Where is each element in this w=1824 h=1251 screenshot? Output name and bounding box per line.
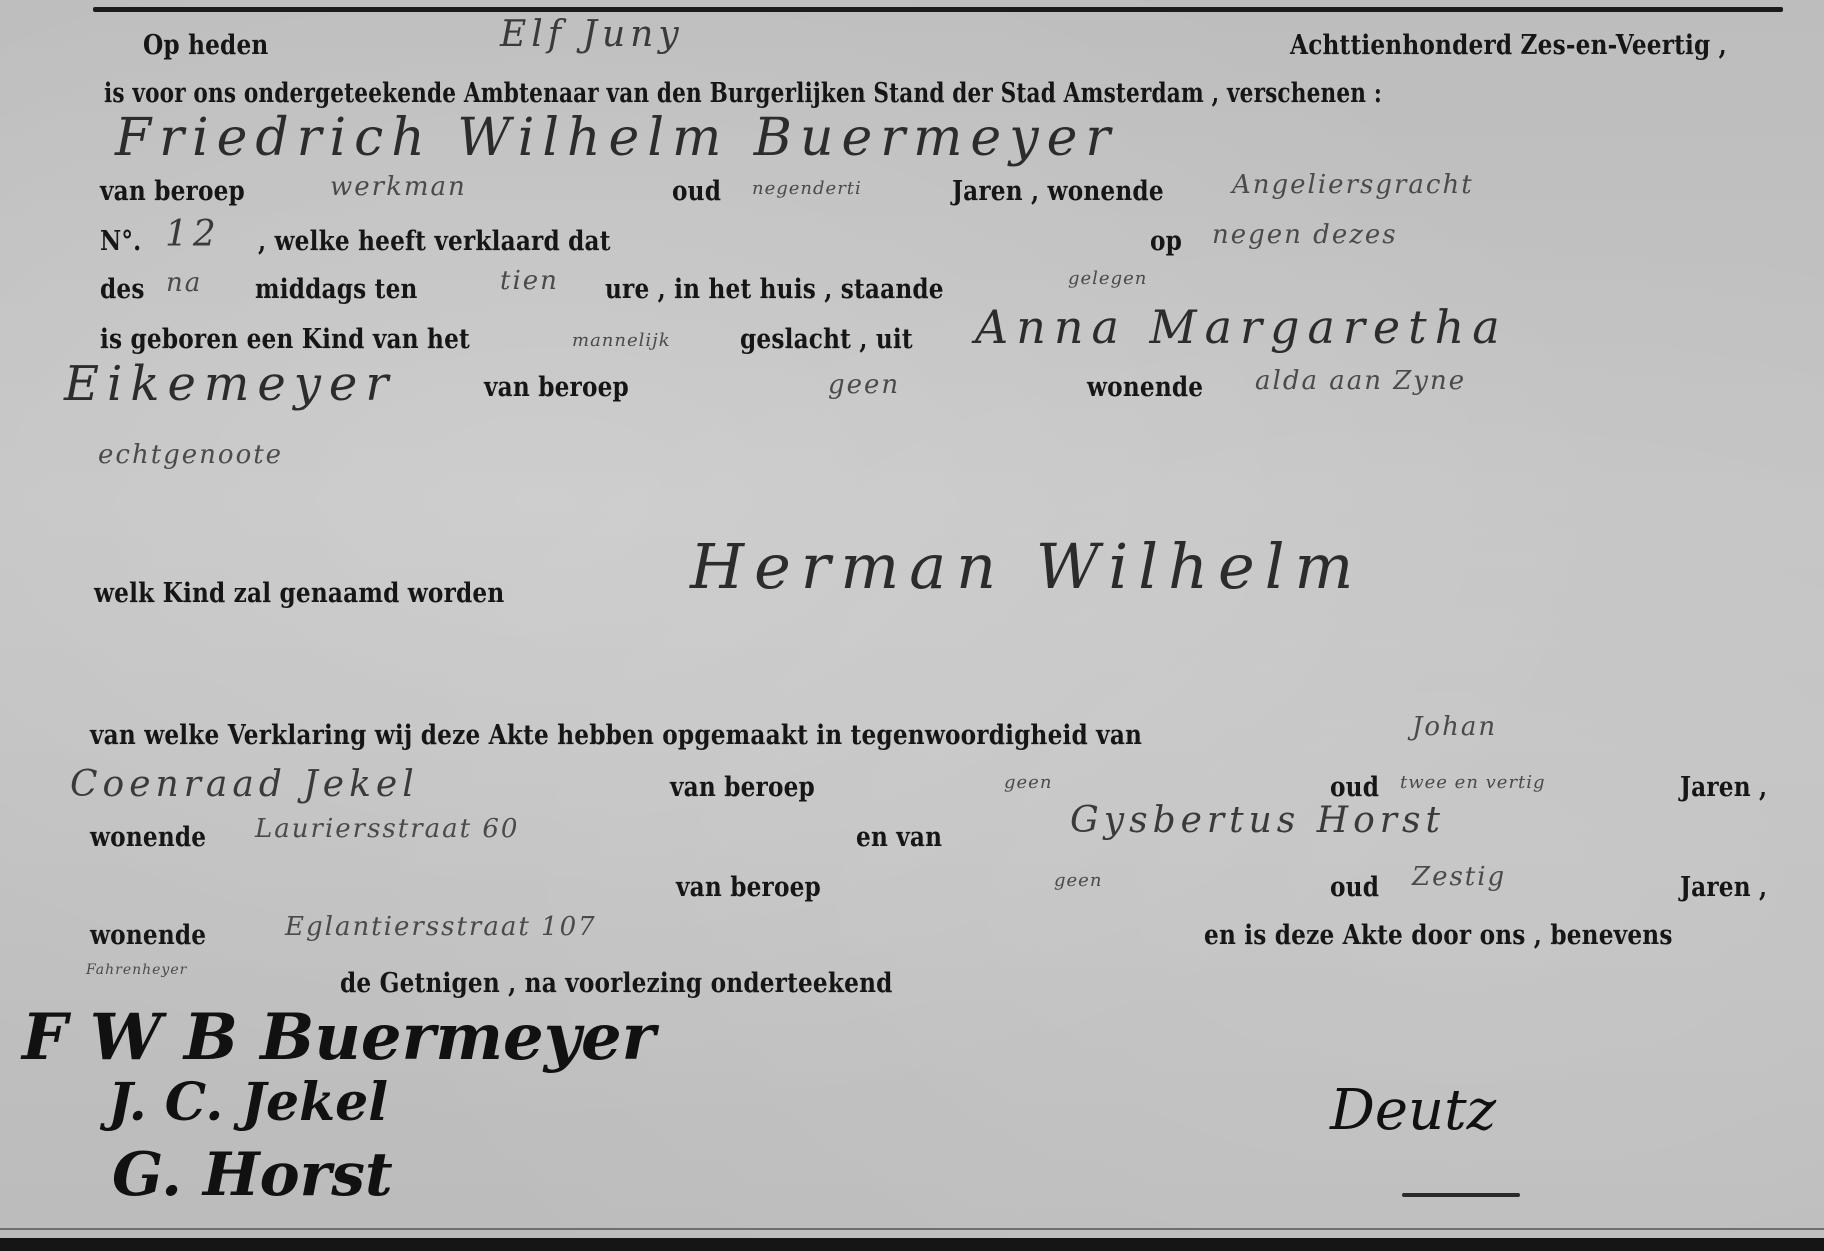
- printed-oud-w1: oud: [1330, 772, 1379, 803]
- handwritten-father-age: negenderti: [752, 178, 862, 199]
- printed-oud: oud: [672, 176, 721, 207]
- handwritten-mother-residence-cont: echtgenoote: [98, 440, 283, 470]
- printed-jaren-w2: Jaren ,: [1680, 872, 1767, 903]
- handwritten-sex: mannelijk: [572, 330, 671, 351]
- signature-official: Deutz: [1330, 1078, 1496, 1143]
- printed-middags-ten: middags ten: [255, 274, 418, 305]
- handwritten-witness1-occupation: geen: [1004, 772, 1052, 793]
- handwritten-child-name: Herman Wilhelm: [690, 530, 1363, 603]
- signature-witness2: G. Horst: [112, 1140, 393, 1210]
- printed-op: op: [1150, 226, 1182, 257]
- handwritten-mother-residence: alda aan Zyne: [1255, 366, 1466, 396]
- printed-van-beroep-w1: van beroep: [670, 772, 815, 803]
- handwritten-mother-last-name: Eikemeyer: [64, 356, 396, 412]
- printed-wonende-w2: wonende: [90, 920, 206, 951]
- printed-year: Achttienhonderd Zes-en-Veertig ,: [1290, 30, 1727, 61]
- handwritten-witness2-age: Zestig: [1412, 862, 1506, 892]
- printed-jaren-w1: Jaren ,: [1680, 772, 1767, 803]
- page-edge-dark-band: [0, 1238, 1824, 1251]
- handwritten-house-number: 12: [165, 214, 221, 255]
- printed-wonende-w1: wonende: [90, 822, 206, 853]
- handwritten-date: Elf Juny: [500, 14, 684, 55]
- printed-van-beroep: van beroep: [100, 176, 245, 207]
- handwritten-witness2-name: Gysbertus Horst: [1070, 800, 1445, 841]
- handwritten-witness2-occupation: geen: [1054, 870, 1102, 891]
- signature-annotation: Fahrenheyer: [86, 962, 187, 978]
- printed-getuigen: de Getnigen , na voorlezing onderteekend: [340, 968, 893, 999]
- printed-welke-heeft: , welke heeft verklaard dat: [258, 226, 611, 257]
- handwritten-witness2-residence: Eglantiersstraat 107: [285, 912, 597, 942]
- handwritten-house-location: gelegen: [1068, 268, 1147, 289]
- printed-geslacht-uit: geslacht , uit: [740, 324, 913, 355]
- printed-wonende-mother: wonende: [1087, 372, 1203, 403]
- handwritten-birth-day: negen dezes: [1212, 220, 1398, 250]
- official-signature-underline: [1402, 1193, 1520, 1197]
- handwritten-witness1-name: Coenraad Jekel: [70, 764, 419, 805]
- handwritten-witness1-residence: Lauriersstraat 60: [255, 814, 519, 844]
- printed-welk-kind: welk Kind zal genaamd worden: [94, 578, 504, 609]
- printed-jaren-wonende: Jaren , wonende: [952, 176, 1164, 207]
- printed-number-label: N°.: [100, 226, 141, 257]
- printed-en-van: en van: [856, 822, 942, 853]
- signature-father: F W B Buermeyer: [22, 1000, 655, 1075]
- printed-is-geboren: is geboren een Kind van het: [100, 324, 470, 355]
- handwritten-time-of-day: na: [166, 268, 202, 298]
- top-rule-divider: [93, 7, 1783, 12]
- printed-oud-w2: oud: [1330, 872, 1379, 903]
- handwritten-father-occupation: werkman: [330, 172, 467, 202]
- birth-record-page: Op heden Elf Juny Achttienhonderd Zes-en…: [0, 0, 1824, 1251]
- printed-verschenen-line: is voor ons ondergeteekende Ambtenaar va…: [104, 78, 1382, 109]
- handwritten-hour: tien: [500, 266, 559, 296]
- printed-en-is-deze-akte: en is deze Akte door ons , benevens: [1204, 920, 1673, 951]
- signature-witness1: J. C. Jekel: [108, 1072, 388, 1133]
- handwritten-mother-first-name: Anna Margaretha: [975, 300, 1508, 354]
- printed-van-beroep-mother: van beroep: [484, 372, 629, 403]
- printed-op-heden: Op heden: [143, 30, 268, 61]
- handwritten-witness1-age: twee en vertig: [1400, 772, 1546, 793]
- printed-verklaring: van welke Verklaring wij deze Akte hebbe…: [90, 720, 1142, 751]
- bottom-rule: [0, 1228, 1824, 1230]
- handwritten-witness1-first: Johan: [1412, 712, 1497, 742]
- handwritten-mother-occupation: geen: [828, 370, 900, 400]
- printed-des: des: [100, 274, 145, 305]
- handwritten-father-name: Friedrich Wilhelm Buermeyer: [115, 108, 1118, 168]
- handwritten-father-residence: Angeliersgracht: [1232, 170, 1474, 200]
- printed-van-beroep-w2: van beroep: [676, 872, 821, 903]
- printed-ure-huis: ure , in het huis , staande: [605, 274, 944, 305]
